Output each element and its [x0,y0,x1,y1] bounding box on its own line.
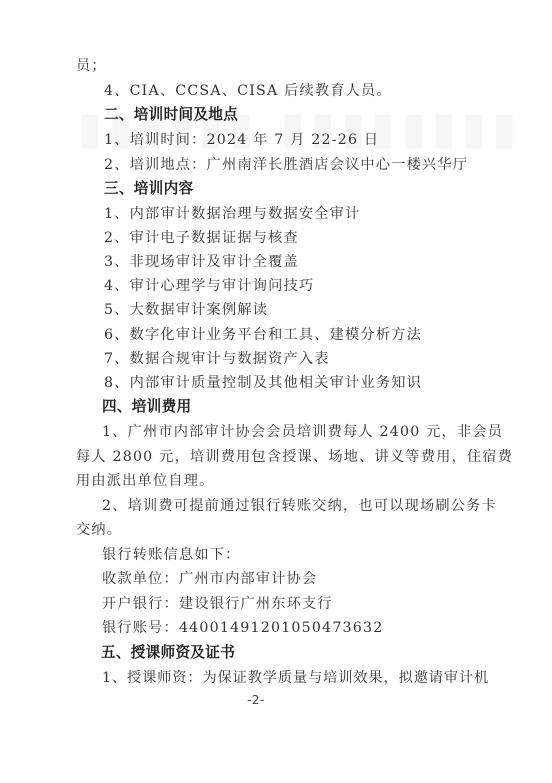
fee-paragraph-2-line-1: 2、培训费可提前通过银行转账交纳，也可以现场刷公务卡 [102,496,436,516]
content-item-2: 2、审计电子数据证据与核查 [104,228,299,248]
fee-paragraph-1-line-3: 用由派出单位自理。 [76,471,215,491]
fee-paragraph-1-line-1: 1、广州市内部审计协会会员培训费每人 2400 元，非会员 [102,422,436,442]
section-heading-time-location: 二、培训时间及地点 [104,105,238,125]
instructors-line-1: 1、授课师资：为保证教学质量与培训效果，拟邀请审计机 [102,668,489,688]
bank-info-intro: 银行转账信息如下： [102,545,241,565]
content-item-4: 4、审计心理学与审计询问技巧 [104,276,314,296]
content-item-5: 5、大数据审计案例解读 [104,300,268,320]
bank-account: 银行账号：44001491201050473632 [102,618,383,638]
section-heading-instructors: 五、授课师资及证书 [101,643,235,663]
bank-name: 开户银行：建设银行广州东环支行 [102,594,333,614]
training-location: 2、培训地点：广州南洋长胜酒店会议中心一楼兴华厅 [104,155,468,175]
fee-paragraph-2-line-2: 交纳。 [76,520,122,540]
section-heading-content: 三、培训内容 [104,179,193,199]
eligibility-item-4: 4、CIA、CCSA、CISA 后续教育人员。 [104,81,392,101]
continuation-line: 员； [76,56,107,76]
page-number: -2- [0,693,512,707]
content-item-8: 8、内部审计质量控制及其他相关审计业务知识 [104,373,422,393]
content-item-6: 6、数字化审计业务平台和工具、建模分析方法 [104,325,422,345]
training-time: 1、培训时间：2024 年 7 月 22-26 日 [104,130,379,150]
fee-paragraph-1-line-2: 每人 2800 元，培训费用包含授课、场地、讲义等费用，住宿费 [76,447,436,467]
document-page: ▮▮▮▮▮▮ ▮▮▮▮▮▮▮▮ 员； 4、CIA、CCSA、CISA 后续教育人… [0,0,552,783]
content-item-1: 1、内部审计数据治理与数据安全审计 [104,204,360,224]
payee: 收款单位：广州市内部审计协会 [102,569,317,589]
content-item-3: 3、非现场审计及审计全覆盖 [104,252,299,272]
section-heading-fees: 四、培训费用 [102,397,191,417]
content-item-7: 7、数据合规审计与数据资产入表 [104,349,330,369]
